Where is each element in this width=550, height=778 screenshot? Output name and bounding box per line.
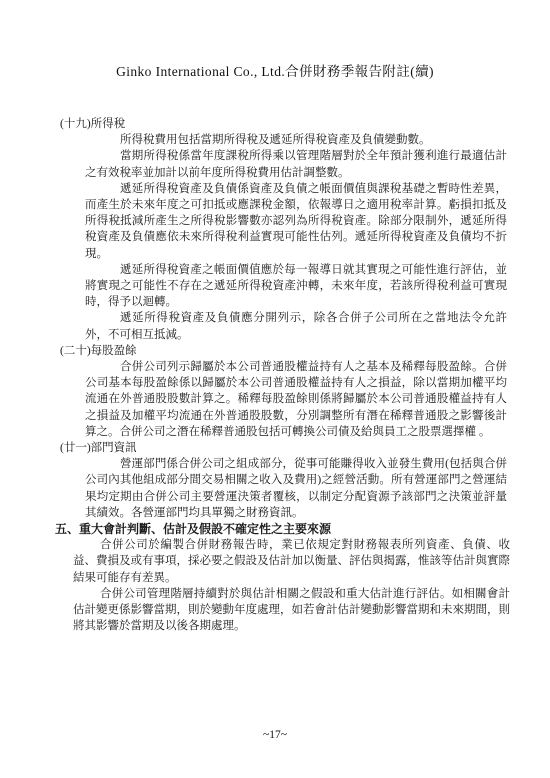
paragraph: 當期所得稅係當年度課稅所得乘以管理階層對於全年預計獲利進行最適估計之有效稅率並加…: [85, 148, 507, 180]
document-page: Ginko International Co., Ltd.合併財務季報告附註(續…: [0, 0, 550, 778]
major-section-heading: 五、重大會計判斷、估計及假設不確定性之主要來源: [0, 521, 550, 537]
paragraph: 合併公司管理階層持續對於與估計相關之假設和重大估計進行評估。如相關會計估計變更係…: [73, 586, 510, 635]
section-income-tax: (十九)所得稅 所得稅費用包括當期所得稅及遞延所得稅資產及負債變動數。 當期所得…: [0, 116, 550, 343]
section-label-income-tax: (十九)所得稅: [0, 116, 550, 132]
section-segment-information: (廿一)部門資訊 營運部門係合併公司之組成部分，從事可能賺得收入並發生費用(包括…: [0, 440, 550, 521]
document-title: Ginko International Co., Ltd.合併財務季報告附註(續…: [0, 60, 550, 80]
paragraph: 合併公司列示歸屬於本公司普通股權益持有人之基本及稀釋每股盈餘。合併公司基本每股盈…: [85, 359, 507, 440]
paragraph: 遞延所得稅資產及負債應分開列示，除各合併子公司所在之當地法令允許外，不可相互抵減…: [85, 310, 507, 342]
paragraph: 營運部門係合併公司之組成部分，從事可能賺得收入並發生費用(包括與合併公司內其他組…: [85, 456, 507, 521]
paragraph: 合併公司於編製合併財務報告時，業已依規定對財務報表所列資產、負債、收益、費損及或…: [73, 537, 510, 586]
paragraph: 遞延所得稅資產之帳面價值應於每一報導日就其實現之可能性進行評估，並將實現之可能性…: [85, 262, 507, 311]
document-body: (十九)所得稅 所得稅費用包括當期所得稅及遞延所得稅資產及負債變動數。 當期所得…: [0, 116, 550, 635]
paragraph: 遞延所得稅資產及負債係資產及負債之帳面價值與課稅基礎之暫時性差異，而產生於未來年…: [85, 181, 507, 262]
paragraph: 所得稅費用包括當期所得稅及遞延所得稅資產及負債變動數。: [85, 132, 507, 148]
section-earnings-per-share: (二十)每股盈餘 合併公司列示歸屬於本公司普通股權益持有人之基本及稀釋每股盈餘。…: [0, 343, 550, 440]
page-number: ~17~: [0, 729, 550, 741]
section-label-segment-information: (廿一)部門資訊: [0, 440, 550, 456]
section-critical-judgements: 五、重大會計判斷、估計及假設不確定性之主要來源 合併公司於編製合併財務報告時，業…: [0, 521, 550, 634]
section-label-earnings-per-share: (二十)每股盈餘: [0, 343, 550, 359]
